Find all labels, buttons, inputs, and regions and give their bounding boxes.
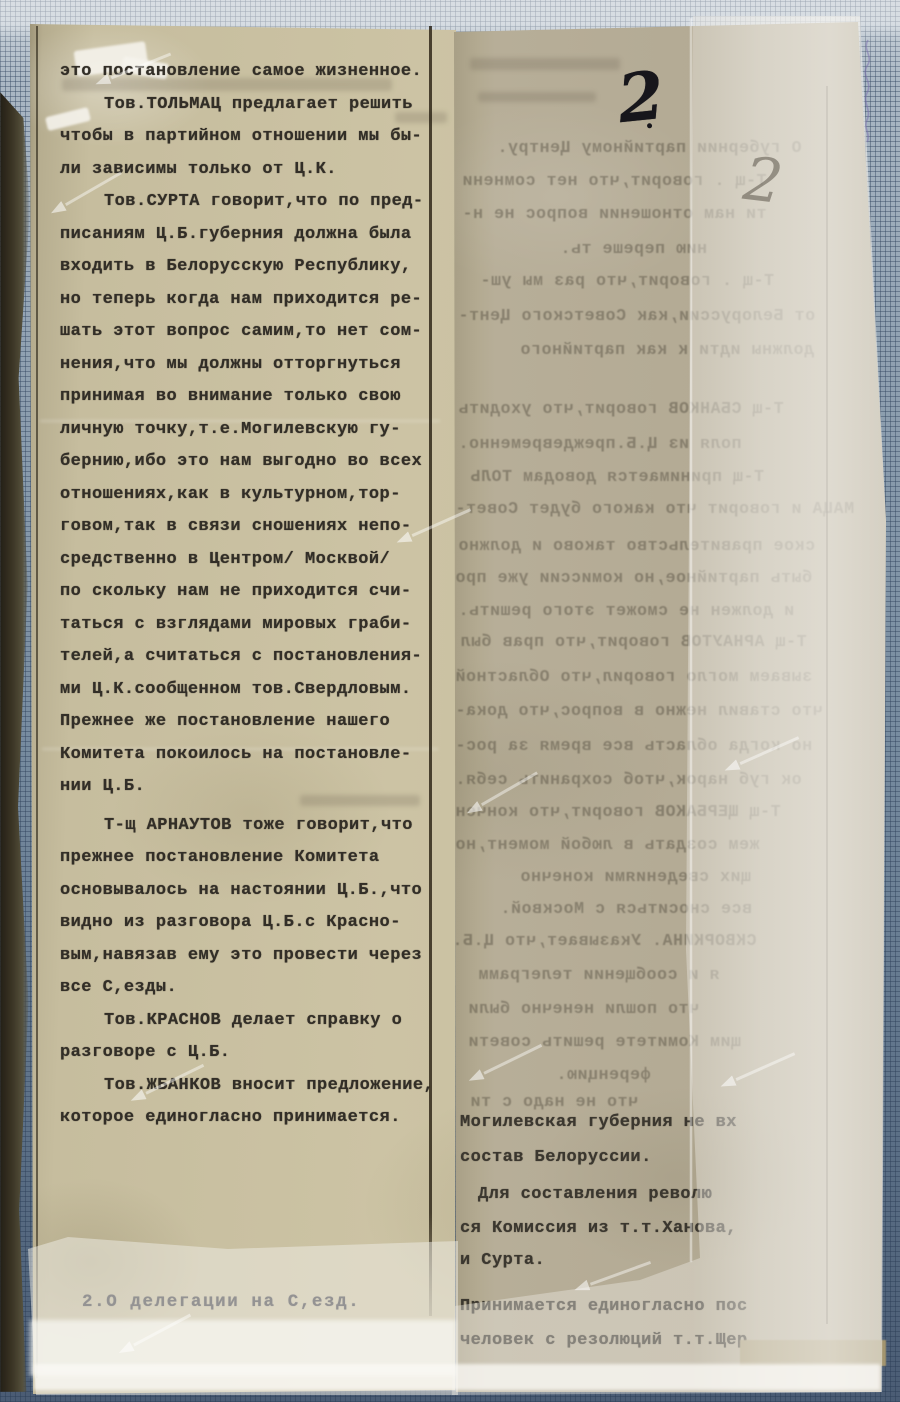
bleedthrough-line: ок губ нарок,чтоб сохранить себя. bbox=[455, 770, 802, 789]
typewritten-line: Т-щ АРНАУТОВ тоже говорит,что bbox=[104, 816, 413, 835]
handwritten-page-number-ink: 2 bbox=[614, 56, 668, 138]
bleedthrough-line: жем создать в любой момент,но bbox=[455, 835, 760, 854]
typewritten-line: Комитета покоилось на постановле- bbox=[60, 745, 412, 764]
bleedthrough-line: но когда область все время за рос- bbox=[455, 736, 812, 755]
typewritten-line: которое единогласно принимается. bbox=[60, 1108, 401, 1127]
bleedthrough-line: что не надо с ти bbox=[470, 1092, 638, 1111]
typewritten-line: Для составления револю bbox=[478, 1185, 712, 1204]
typewritten-line: личную точку,т.е.Могилевскую гу- bbox=[60, 420, 401, 439]
typewritten-line: чтобы в партийном отношении мы бы- bbox=[60, 127, 422, 146]
bleedthrough-line: щих сведениями конечно bbox=[520, 867, 751, 886]
bleedthrough-line: Т-щ СБАНКОВ говорит,что уходить bbox=[458, 399, 784, 418]
typewritten-line: таться с взглядами мировых граби- bbox=[60, 615, 412, 634]
typewritten-line: видно из разговора Ц.Б.с Красно- bbox=[60, 913, 401, 932]
typewritten-line: Могилевская губерния не вх bbox=[460, 1113, 737, 1132]
left-margin-line bbox=[36, 26, 38, 1378]
bleedthrough-line: все сноситься с Москвой. bbox=[500, 899, 752, 918]
margin-annotation-squiggle bbox=[858, 36, 878, 146]
bleedthrough-line: ти нам отношении вопрос не н- bbox=[462, 204, 767, 223]
bleedthrough-line: должны идти к как партийного bbox=[520, 340, 814, 359]
bleed-smudge bbox=[470, 58, 620, 70]
bleedthrough-line: Т-щ принимается доводам ТОЛЬ bbox=[470, 467, 764, 486]
typewritten-line: Прежнее же постановление нашего bbox=[60, 712, 390, 731]
typewritten-line: Тов.КРАСНОВ делает справку о bbox=[104, 1011, 402, 1030]
bleedthrough-line: СКВОРКИНА. Указывает,что Ц.Б. bbox=[452, 931, 757, 950]
typewritten-line: нии Ц.Б. bbox=[60, 777, 145, 796]
typewritten-line: но теперь когда нам приходится ре- bbox=[60, 290, 422, 309]
typewritten-line: Принимается единогласно пос bbox=[460, 1297, 748, 1316]
bleedthrough-line: нию переше ть. bbox=[560, 239, 707, 258]
bleedthrough-line: я и сообщении телеграмм bbox=[478, 965, 720, 984]
typewritten-line: человек с резолюций т.т.Щер bbox=[460, 1331, 748, 1350]
bleedthrough-line: Т-щ ЩЕРБАКОВ говорит,что кончен bbox=[455, 802, 781, 821]
archival-document-scan: это постановление самое жизненное.Тов.ТО… bbox=[0, 0, 900, 1402]
typewritten-line: по скольку нам не приходится счи- bbox=[60, 582, 412, 601]
bleedthrough-line: что пошли ненечно были bbox=[468, 999, 699, 1018]
typewritten-line: все С,езды. bbox=[60, 978, 177, 997]
page-fold-line bbox=[429, 26, 432, 1316]
bleedthrough-line: быть партийное,но комиссии уже про bbox=[455, 568, 812, 587]
typewritten-line: Тов.ЖБАНКОВ вносит предложение, bbox=[104, 1076, 434, 1095]
bleedthrough-line: и должен не сможет этого решить. bbox=[458, 601, 794, 620]
bleed-smudge bbox=[300, 795, 420, 806]
typewritten-line: говом,так в связи сношениях непо- bbox=[60, 517, 412, 536]
bleedthrough-line: что ставил нежно в вопрос,что дока- bbox=[455, 701, 823, 720]
bleedthrough-line: зываем могло говорил,что Областной bbox=[455, 667, 812, 686]
typewritten-line: основывалось на настоянии Ц.Б.,что bbox=[60, 881, 422, 900]
typewritten-line: прежнее постановление Комитета bbox=[60, 848, 380, 867]
typewritten-line: нения,что мы должны отторгнуться bbox=[60, 355, 401, 374]
typewritten-line: ся Комиссия из т.т.Ханова, bbox=[460, 1219, 737, 1238]
bleedthrough-line: Т-щ . говорит,что раз мы уш- bbox=[480, 271, 774, 290]
bleedthrough-line: щим Комитете решить совети bbox=[468, 1032, 741, 1051]
typewritten-line: принимая во внимание только свою bbox=[60, 387, 401, 406]
typewritten-line: шать этот вопрос самим,то нет сом- bbox=[60, 322, 422, 341]
typewritten-line: состав Белоруссии. bbox=[460, 1148, 652, 1167]
tissue-edge-highlight bbox=[690, 18, 692, 1262]
right-margin-line bbox=[826, 86, 828, 1324]
bleedthrough-line: ское правительство таково и должно bbox=[458, 536, 815, 555]
typewritten-line: ли зависимы только от Ц.К. bbox=[60, 160, 337, 179]
bleedthrough-line: ференцию. bbox=[556, 1065, 651, 1084]
bleedthrough-line: Т-щ . говорит,что нет сомнени bbox=[462, 171, 767, 190]
bleedthrough-line: поля из Ц.Б.преждевременно. bbox=[458, 434, 742, 453]
typewritten-line: вым,навязав ему это провести через bbox=[60, 946, 422, 965]
bleedthrough-line: МАЦА и говорит что какого будет Совет- bbox=[455, 499, 854, 518]
typewritten-line: отношениях,как в культурном,тор- bbox=[60, 485, 401, 504]
typewritten-line: разговоре с Ц.Б. bbox=[60, 1043, 230, 1062]
typewritten-line: телей,а считаться с постановления- bbox=[60, 647, 422, 666]
bleedthrough-line: Т-щ АРНАУТОВ говорит,что прав был bbox=[460, 632, 807, 651]
typewritten-line: бернию,ибо это нам выгодно во всех bbox=[60, 452, 422, 471]
bleedthrough-line: от Белоруссии,как Советского Цент- bbox=[458, 306, 815, 325]
typewritten-line: Тов.СУРТА говорит,что по пред- bbox=[104, 192, 424, 211]
bleed-smudge bbox=[478, 92, 596, 102]
underlying-sheet-edge bbox=[740, 1340, 886, 1366]
typewritten-line: ми Ц.К.сообщенном тов.Свердловым. bbox=[60, 680, 412, 699]
typewritten-line: входить в Белорусскую Республику, bbox=[60, 257, 412, 276]
tissue-bottom-edge bbox=[34, 1364, 880, 1390]
typewritten-line: и Сурта. bbox=[460, 1251, 545, 1270]
typewritten-line: Тов.ТОЛЬМАЦ предлагает решить bbox=[104, 95, 413, 114]
typewritten-line: средственно в Центром/ Москвой/ bbox=[60, 550, 390, 569]
bleed-smudge bbox=[395, 112, 447, 123]
typewritten-line: писаниям Ц.Б.губерния должна была bbox=[60, 225, 412, 244]
